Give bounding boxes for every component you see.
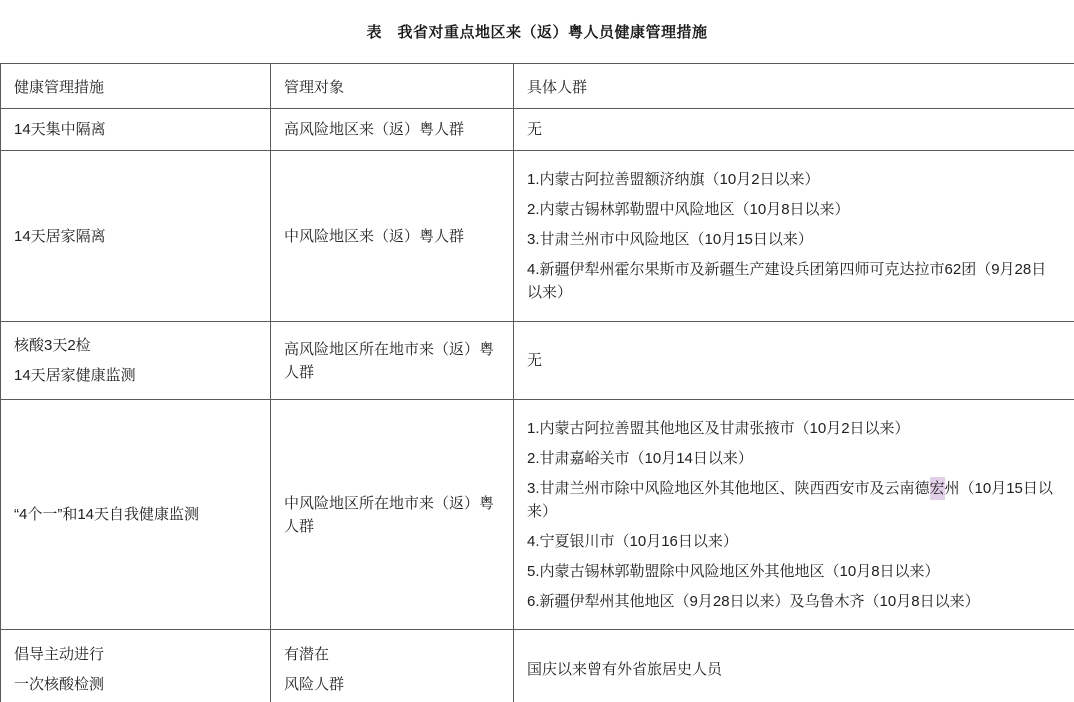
cell-line: 3.甘肃兰州市除中风险地区外其他地区、陕西西安市及云南德宏州（10月15日以来） (527, 477, 1061, 523)
cell-line: 2.甘肃嘉峪关市（10月14日以来） (527, 447, 1061, 470)
cell-line: 无 (527, 349, 1061, 372)
cell-line: 中风险地区来（返）粤人群 (284, 225, 500, 248)
measure-cell: 核酸3天2检14天居家健康监测 (1, 322, 271, 400)
target-cell: 中风险地区来（返）粤人群 (271, 151, 514, 322)
measure-cell: 倡导主动进行一次核酸检测 (1, 630, 271, 702)
cell-line: 核酸3天2检 (14, 334, 257, 357)
table-row: 14天集中隔离高风险地区来（返）粤人群无 (1, 109, 1074, 151)
groups-cell: 无 (514, 109, 1074, 151)
groups-cell: 1.内蒙古阿拉善盟额济纳旗（10月2日以来）2.内蒙古锡林郭勒盟中风险地区（10… (514, 151, 1074, 322)
cell-line: 1.内蒙古阿拉善盟额济纳旗（10月2日以来） (527, 168, 1061, 191)
header-measure: 健康管理措施 (1, 64, 271, 109)
cell-line: 14天居家隔离 (14, 225, 257, 248)
measure-cell: 14天居家隔离 (1, 151, 271, 322)
table-row: “4个一”和14天自我健康监测中风险地区所在地市来（返）粤人群1.内蒙古阿拉善盟… (1, 400, 1074, 630)
cell-line: 高风险地区所在地市来（返）粤人群 (284, 338, 500, 384)
cell-line: 1.内蒙古阿拉善盟其他地区及甘肃张掖市（10月2日以来） (527, 417, 1061, 440)
target-cell: 有潜在风险人群 (271, 630, 514, 702)
highlighted-char: 宏 (930, 477, 945, 500)
cell-line: 中风险地区所在地市来（返）粤人群 (284, 492, 500, 538)
table-title: 表 我省对重点地区来（返）粤人员健康管理措施 (0, 24, 1074, 42)
cell-line: 14天集中隔离 (14, 118, 257, 141)
table-body: 14天集中隔离高风险地区来（返）粤人群无14天居家隔离中风险地区来（返）粤人群1… (1, 109, 1074, 702)
cell-line: 高风险地区来（返）粤人群 (284, 118, 500, 141)
table-row: 14天居家隔离中风险地区来（返）粤人群1.内蒙古阿拉善盟额济纳旗（10月2日以来… (1, 151, 1074, 322)
table-row: 倡导主动进行一次核酸检测有潜在风险人群国庆以来曾有外省旅居史人员 (1, 630, 1074, 702)
cell-line: 国庆以来曾有外省旅居史人员 (527, 658, 1061, 681)
cell-line: 3.甘肃兰州市中风险地区（10月15日以来） (527, 228, 1061, 251)
measure-cell: “4个一”和14天自我健康监测 (1, 400, 271, 630)
cell-line: 2.内蒙古锡林郭勒盟中风险地区（10月8日以来） (527, 198, 1061, 221)
target-cell: 高风险地区所在地市来（返）粤人群 (271, 322, 514, 400)
cell-line: “4个一”和14天自我健康监测 (14, 503, 257, 526)
measure-cell: 14天集中隔离 (1, 109, 271, 151)
health-measures-table: 健康管理措施 管理对象 具体人群 14天集中隔离高风险地区来（返）粤人群无14天… (0, 63, 1074, 702)
target-cell: 高风险地区来（返）粤人群 (271, 109, 514, 151)
header-groups: 具体人群 (514, 64, 1074, 109)
target-cell: 中风险地区所在地市来（返）粤人群 (271, 400, 514, 630)
groups-cell: 无 (514, 322, 1074, 400)
cell-line: 无 (527, 118, 1061, 141)
header-target: 管理对象 (271, 64, 514, 109)
cell-line: 4.宁夏银川市（10月16日以来） (527, 530, 1061, 553)
cell-line: 14天居家健康监测 (14, 364, 257, 387)
cell-line: 有潜在 (284, 643, 500, 666)
cell-line: 风险人群 (284, 673, 500, 696)
groups-cell: 1.内蒙古阿拉善盟其他地区及甘肃张掖市（10月2日以来）2.甘肃嘉峪关市（10月… (514, 400, 1074, 630)
table-row: 核酸3天2检14天居家健康监测高风险地区所在地市来（返）粤人群无 (1, 322, 1074, 400)
header-row: 健康管理措施 管理对象 具体人群 (1, 64, 1074, 109)
document-page: 表 我省对重点地区来（返）粤人员健康管理措施 健康管理措施 管理对象 具体人群 … (0, 0, 1074, 702)
cell-line: 5.内蒙古锡林郭勒盟除中风险地区外其他地区（10月8日以来） (527, 560, 1061, 583)
cell-line: 6.新疆伊犁州其他地区（9月28日以来）及乌鲁木齐（10月8日以来） (527, 590, 1061, 613)
cell-line: 倡导主动进行 (14, 643, 257, 666)
cell-line: 一次核酸检测 (14, 673, 257, 696)
cell-line: 4.新疆伊犁州霍尔果斯市及新疆生产建设兵团第四师可克达拉市62团（9月28日以来… (527, 258, 1061, 304)
groups-cell: 国庆以来曾有外省旅居史人员 (514, 630, 1074, 702)
